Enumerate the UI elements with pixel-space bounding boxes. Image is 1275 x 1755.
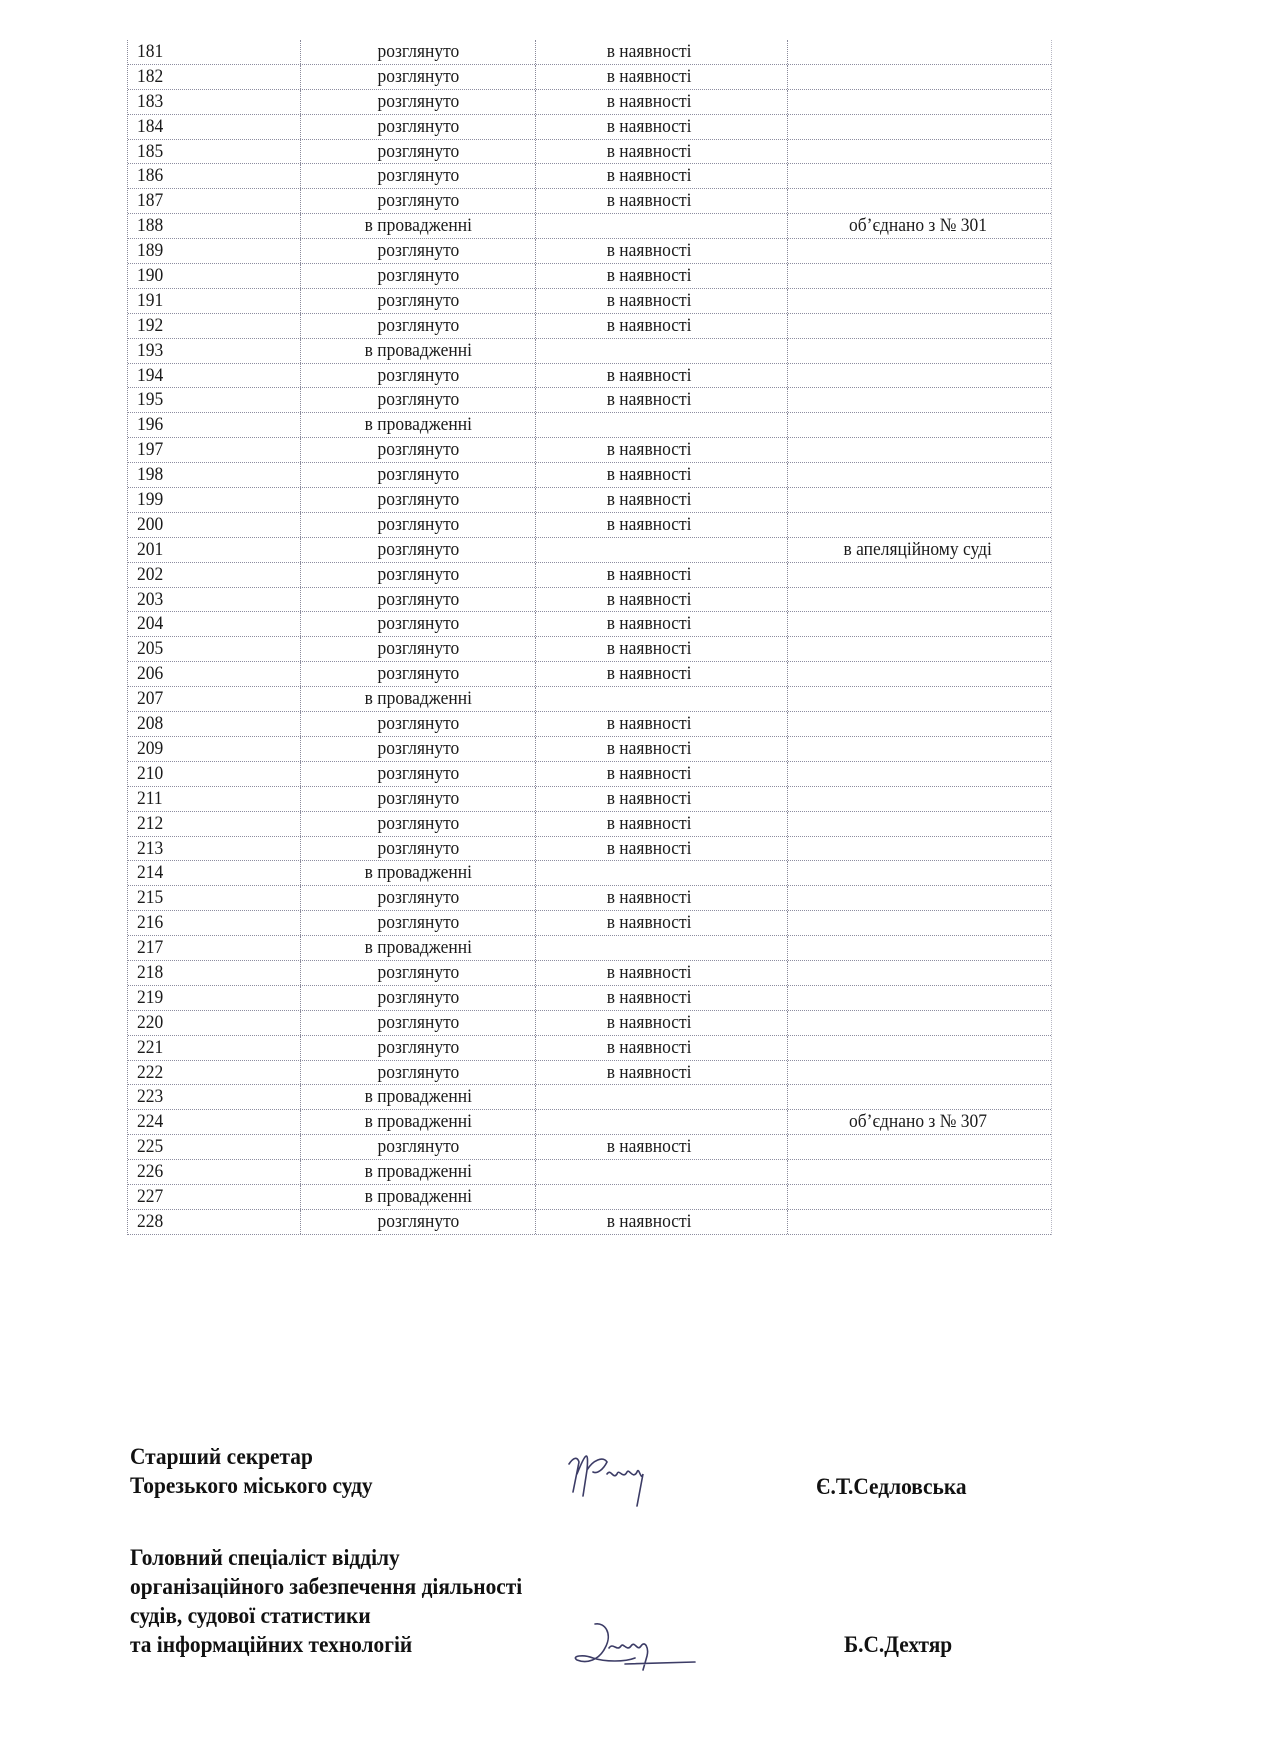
case-availability: в наявності bbox=[607, 812, 692, 836]
table-row: 191 розглянуто в наявності bbox=[128, 289, 1051, 314]
table-row: 185 розглянуто в наявності bbox=[128, 140, 1051, 165]
case-status: розглянуто bbox=[377, 637, 459, 661]
case-status-cell: розглянуто bbox=[301, 364, 536, 388]
case-number-cell: 217 bbox=[128, 936, 301, 960]
case-status-cell: розглянуто bbox=[301, 164, 536, 188]
case-number-cell: 222 bbox=[128, 1061, 301, 1085]
case-note-cell bbox=[788, 264, 1051, 288]
case-availability-cell: в наявності bbox=[536, 90, 788, 114]
case-number-cell: 186 bbox=[128, 164, 301, 188]
case-number: 194 bbox=[137, 364, 163, 388]
case-number: 220 bbox=[137, 1011, 163, 1035]
case-status-cell: в провадженні bbox=[301, 936, 536, 960]
case-number-cell: 189 bbox=[128, 239, 301, 263]
case-note-cell bbox=[788, 339, 1051, 363]
case-number: 200 bbox=[137, 513, 163, 537]
case-note-cell bbox=[788, 164, 1051, 188]
case-availability-cell bbox=[536, 538, 788, 562]
case-status-cell: розглянуто bbox=[301, 612, 536, 636]
case-availability-cell bbox=[536, 1110, 788, 1134]
case-number-cell: 188 bbox=[128, 214, 301, 238]
handwritten-signature-1 bbox=[563, 1440, 683, 1512]
table-row: 206 розглянуто в наявності bbox=[128, 662, 1051, 687]
case-availability-cell: в наявності bbox=[536, 488, 788, 512]
case-status: розглянуто bbox=[377, 961, 459, 985]
case-note-cell bbox=[788, 588, 1051, 612]
case-status: розглянуто bbox=[377, 538, 459, 562]
case-availability-cell: в наявності bbox=[536, 961, 788, 985]
case-note-cell bbox=[788, 737, 1051, 761]
case-number-cell: 190 bbox=[128, 264, 301, 288]
case-number: 189 bbox=[137, 239, 163, 263]
table-row: 217 в провадженні bbox=[128, 936, 1051, 961]
case-number-cell: 193 bbox=[128, 339, 301, 363]
case-status: розглянуто bbox=[377, 40, 459, 64]
case-status: розглянуто bbox=[377, 164, 459, 188]
case-number: 186 bbox=[137, 164, 163, 188]
case-availability: в наявності bbox=[607, 961, 692, 985]
case-availability-cell: в наявності bbox=[536, 588, 788, 612]
table-row: 213 розглянуто в наявності bbox=[128, 837, 1051, 862]
case-availability: в наявності bbox=[607, 837, 692, 861]
case-number-cell: 214 bbox=[128, 861, 301, 885]
case-number-cell: 224 bbox=[128, 1110, 301, 1134]
case-availability-cell: в наявності bbox=[536, 140, 788, 164]
case-number-cell: 185 bbox=[128, 140, 301, 164]
case-status-cell: розглянуто bbox=[301, 662, 536, 686]
case-status-cell: розглянуто bbox=[301, 264, 536, 288]
case-number: 184 bbox=[137, 115, 163, 139]
case-status-cell: розглянуто bbox=[301, 762, 536, 786]
case-status: розглянуто bbox=[377, 115, 459, 139]
case-number: 199 bbox=[137, 488, 163, 512]
case-availability-cell: в наявності bbox=[536, 239, 788, 263]
case-availability: в наявності bbox=[607, 1036, 692, 1060]
table-row: 214 в провадженні bbox=[128, 861, 1051, 886]
case-number: 204 bbox=[137, 612, 163, 636]
case-note-cell bbox=[788, 1036, 1051, 1060]
case-number: 202 bbox=[137, 563, 163, 587]
signatory-2-title: Головний спеціаліст відділу організаційн… bbox=[130, 1543, 552, 1659]
case-status-cell: в провадженні bbox=[301, 687, 536, 711]
case-number-cell: 206 bbox=[128, 662, 301, 686]
case-availability-cell: в наявності bbox=[536, 189, 788, 213]
case-number: 192 bbox=[137, 314, 163, 338]
case-status: розглянуто bbox=[377, 588, 459, 612]
case-status-cell: в провадженні bbox=[301, 1085, 536, 1109]
case-number: 195 bbox=[137, 388, 163, 412]
case-number: 210 bbox=[137, 762, 163, 786]
case-availability: в наявності bbox=[607, 513, 692, 537]
case-status: розглянуто bbox=[377, 488, 459, 512]
case-number-cell: 195 bbox=[128, 388, 301, 412]
case-status-cell: розглянуто bbox=[301, 1135, 536, 1159]
case-number: 181 bbox=[137, 40, 163, 64]
case-status-cell: розглянуто bbox=[301, 911, 536, 935]
table-row: 207 в провадженні bbox=[128, 687, 1051, 712]
case-number-cell: 220 bbox=[128, 1011, 301, 1035]
case-status-cell: в провадженні bbox=[301, 1160, 536, 1184]
signatory-2-title-line: та інформаційних технологій bbox=[130, 1630, 522, 1659]
table-row: 195 розглянуто в наявності bbox=[128, 388, 1051, 413]
case-status-cell: розглянуто bbox=[301, 588, 536, 612]
case-number: 190 bbox=[137, 264, 163, 288]
case-note-cell bbox=[788, 488, 1051, 512]
case-status-table: 181 розглянуто в наявності 182 розглянут… bbox=[127, 40, 1052, 1235]
case-number-cell: 210 bbox=[128, 762, 301, 786]
case-status: розглянуто bbox=[377, 712, 459, 736]
case-availability: в наявності bbox=[607, 911, 692, 935]
case-number-cell: 207 bbox=[128, 687, 301, 711]
table-row: 196 в провадженні bbox=[128, 413, 1051, 438]
table-row: 222 розглянуто в наявності bbox=[128, 1061, 1051, 1086]
case-availability: в наявності bbox=[607, 612, 692, 636]
case-status: розглянуто bbox=[377, 886, 459, 910]
case-availability-cell: в наявності bbox=[536, 986, 788, 1010]
case-availability: в наявності bbox=[607, 588, 692, 612]
table-row: 228 розглянуто в наявності bbox=[128, 1210, 1051, 1235]
case-status: розглянуто bbox=[377, 140, 459, 164]
case-note-cell bbox=[788, 563, 1051, 587]
case-status-cell: розглянуто bbox=[301, 314, 536, 338]
table-row: 184 розглянуто в наявності bbox=[128, 115, 1051, 140]
case-note-cell bbox=[788, 662, 1051, 686]
case-note: об’єднано з № 307 bbox=[849, 1110, 987, 1134]
case-number: 225 bbox=[137, 1135, 163, 1159]
signatory-2-title-line: Головний спеціаліст відділу bbox=[130, 1543, 522, 1572]
case-availability-cell: в наявності bbox=[536, 787, 788, 811]
table-row: 225 розглянуто в наявності bbox=[128, 1135, 1051, 1160]
case-availability: в наявності bbox=[607, 986, 692, 1010]
case-number-cell: 196 bbox=[128, 413, 301, 437]
case-availability: в наявності bbox=[607, 264, 692, 288]
case-availability-cell: в наявності bbox=[536, 65, 788, 89]
case-availability: в наявності bbox=[607, 40, 692, 64]
case-availability-cell: в наявності bbox=[536, 563, 788, 587]
case-availability: в наявності bbox=[607, 563, 692, 587]
case-note-cell bbox=[788, 961, 1051, 985]
case-status: розглянуто bbox=[377, 239, 459, 263]
case-number-cell: 194 bbox=[128, 364, 301, 388]
case-status-cell: в провадженні bbox=[301, 1185, 536, 1209]
case-availability-cell: в наявності bbox=[536, 1210, 788, 1234]
case-availability: в наявності bbox=[607, 1011, 692, 1035]
case-status: розглянуто bbox=[377, 837, 459, 861]
case-availability: в наявності bbox=[607, 364, 692, 388]
case-number: 206 bbox=[137, 662, 163, 686]
case-number-cell: 183 bbox=[128, 90, 301, 114]
case-status-cell: розглянуто bbox=[301, 289, 536, 313]
case-status: розглянуто bbox=[377, 364, 459, 388]
case-number-cell: 223 bbox=[128, 1085, 301, 1109]
case-status-cell: розглянуто bbox=[301, 812, 536, 836]
case-status-cell: розглянуто bbox=[301, 388, 536, 412]
case-availability-cell: в наявності bbox=[536, 762, 788, 786]
case-status: в провадженні bbox=[364, 214, 471, 238]
case-availability-cell: в наявності bbox=[536, 314, 788, 338]
case-number-cell: 201 bbox=[128, 538, 301, 562]
case-availability-cell: в наявності bbox=[536, 264, 788, 288]
case-note-cell bbox=[788, 1160, 1051, 1184]
case-number-cell: 216 bbox=[128, 911, 301, 935]
table-row: 210 розглянуто в наявності bbox=[128, 762, 1051, 787]
case-availability-cell: в наявності bbox=[536, 712, 788, 736]
table-row: 216 розглянуто в наявності bbox=[128, 911, 1051, 936]
case-status: в провадженні bbox=[364, 413, 471, 437]
case-status: розглянуто bbox=[377, 737, 459, 761]
case-number: 216 bbox=[137, 911, 163, 935]
case-availability: в наявності bbox=[607, 1135, 692, 1159]
case-status-cell: розглянуто bbox=[301, 886, 536, 910]
table-row: 211 розглянуто в наявності bbox=[128, 787, 1051, 812]
case-number-cell: 221 bbox=[128, 1036, 301, 1060]
table-row: 227 в провадженні bbox=[128, 1185, 1051, 1210]
signatory-1-name: Є.Т.Седловська bbox=[816, 1472, 978, 1501]
case-availability-cell: в наявності bbox=[536, 886, 788, 910]
case-number: 185 bbox=[137, 140, 163, 164]
case-number: 191 bbox=[137, 289, 163, 313]
case-availability-cell: в наявності bbox=[536, 115, 788, 139]
case-availability-cell: в наявності bbox=[536, 612, 788, 636]
case-note: об’єднано з № 301 bbox=[849, 214, 987, 238]
case-number: 212 bbox=[137, 812, 163, 836]
case-status-cell: розглянуто bbox=[301, 1011, 536, 1035]
case-status: розглянуто bbox=[377, 438, 459, 462]
case-number-cell: 226 bbox=[128, 1160, 301, 1184]
case-availability: в наявності bbox=[607, 115, 692, 139]
case-note-cell bbox=[788, 115, 1051, 139]
case-note-cell bbox=[788, 687, 1051, 711]
case-note-cell bbox=[788, 314, 1051, 338]
case-availability: в наявності bbox=[607, 1210, 692, 1234]
case-availability: в наявності bbox=[607, 712, 692, 736]
case-number: 223 bbox=[137, 1085, 163, 1109]
table-row: 202 розглянуто в наявності bbox=[128, 563, 1051, 588]
case-availability: в наявності bbox=[607, 189, 692, 213]
case-note-cell bbox=[788, 1011, 1051, 1035]
table-row: 208 розглянуто в наявності bbox=[128, 712, 1051, 737]
case-availability: в наявності bbox=[607, 662, 692, 686]
case-availability-cell bbox=[536, 214, 788, 238]
case-status: розглянуто bbox=[377, 911, 459, 935]
table-row: 205 розглянуто в наявності bbox=[128, 637, 1051, 662]
case-number: 228 bbox=[137, 1210, 163, 1234]
case-number-cell: 187 bbox=[128, 189, 301, 213]
case-number: 198 bbox=[137, 463, 163, 487]
case-status-cell: розглянуто bbox=[301, 737, 536, 761]
case-note-cell bbox=[788, 239, 1051, 263]
case-status: розглянуто bbox=[377, 662, 459, 686]
case-note-cell bbox=[788, 812, 1051, 836]
case-note-cell bbox=[788, 140, 1051, 164]
case-availability: в наявності bbox=[607, 289, 692, 313]
case-note-cell bbox=[788, 1135, 1051, 1159]
case-number: 213 bbox=[137, 837, 163, 861]
table-row: 190 розглянуто в наявності bbox=[128, 264, 1051, 289]
case-availability: в наявності bbox=[607, 388, 692, 412]
case-number-cell: 203 bbox=[128, 588, 301, 612]
case-status: розглянуто bbox=[377, 1061, 459, 1085]
case-status: розглянуто bbox=[377, 1011, 459, 1035]
case-note-cell bbox=[788, 612, 1051, 636]
table-row: 199 розглянуто в наявності bbox=[128, 488, 1051, 513]
case-note-cell bbox=[788, 90, 1051, 114]
case-note-cell bbox=[788, 438, 1051, 462]
case-availability-cell: в наявності bbox=[536, 662, 788, 686]
case-status: розглянуто bbox=[377, 463, 459, 487]
case-availability-cell: в наявності bbox=[536, 1135, 788, 1159]
case-number-cell: 225 bbox=[128, 1135, 301, 1159]
table-row: 226 в провадженні bbox=[128, 1160, 1051, 1185]
case-status: розглянуто bbox=[377, 388, 459, 412]
case-status: розглянуто bbox=[377, 812, 459, 836]
handwritten-signature-2 bbox=[565, 1618, 705, 1678]
case-status-cell: розглянуто bbox=[301, 115, 536, 139]
case-number-cell: 204 bbox=[128, 612, 301, 636]
table-row: 189 розглянуто в наявності bbox=[128, 239, 1051, 264]
case-status-cell: розглянуто bbox=[301, 513, 536, 537]
case-note-cell bbox=[788, 463, 1051, 487]
case-number: 224 bbox=[137, 1110, 163, 1134]
case-status-cell: розглянуто bbox=[301, 140, 536, 164]
case-status-cell: розглянуто bbox=[301, 1061, 536, 1085]
case-availability: в наявності bbox=[607, 90, 692, 114]
case-number: 188 bbox=[137, 214, 163, 238]
case-status: розглянуто bbox=[377, 787, 459, 811]
case-note-cell bbox=[788, 65, 1051, 89]
case-status: в провадженні bbox=[364, 1110, 471, 1134]
case-number-cell: 215 bbox=[128, 886, 301, 910]
case-status: в провадженні bbox=[364, 339, 471, 363]
signatory-1-title-line: Старший секретар bbox=[130, 1442, 373, 1471]
case-availability-cell: в наявності bbox=[536, 1061, 788, 1085]
case-number: 218 bbox=[137, 961, 163, 985]
case-number: 215 bbox=[137, 886, 163, 910]
table-row: 223 в провадженні bbox=[128, 1085, 1051, 1110]
case-status: в провадженні bbox=[364, 861, 471, 885]
case-status-cell: розглянуто bbox=[301, 1036, 536, 1060]
case-number-cell: 198 bbox=[128, 463, 301, 487]
case-availability-cell: в наявності bbox=[536, 837, 788, 861]
case-note-cell bbox=[788, 1085, 1051, 1109]
case-availability-cell: в наявності bbox=[536, 40, 788, 64]
case-status: розглянуто bbox=[377, 1036, 459, 1060]
case-status-cell: розглянуто bbox=[301, 189, 536, 213]
case-number: 205 bbox=[137, 637, 163, 661]
case-availability-cell: в наявності bbox=[536, 388, 788, 412]
table-row: 197 розглянуто в наявності bbox=[128, 438, 1051, 463]
case-number: 201 bbox=[137, 538, 163, 562]
case-availability: в наявності bbox=[607, 787, 692, 811]
case-note-cell bbox=[788, 762, 1051, 786]
case-availability-cell: в наявності bbox=[536, 911, 788, 935]
case-note-cell bbox=[788, 886, 1051, 910]
case-number-cell: 208 bbox=[128, 712, 301, 736]
case-availability: в наявності bbox=[607, 488, 692, 512]
case-status-cell: розглянуто bbox=[301, 837, 536, 861]
case-number-cell: 209 bbox=[128, 737, 301, 761]
case-number: 217 bbox=[137, 936, 163, 960]
case-status-cell: розглянуто bbox=[301, 40, 536, 64]
case-note-cell bbox=[788, 513, 1051, 537]
case-availability-cell: в наявності bbox=[536, 637, 788, 661]
case-availability: в наявності bbox=[607, 737, 692, 761]
table-row: 212 розглянуто в наявності bbox=[128, 812, 1051, 837]
case-number: 197 bbox=[137, 438, 163, 462]
case-status-cell: розглянуто bbox=[301, 563, 536, 587]
case-status: в провадженні bbox=[364, 1185, 471, 1209]
case-number: 208 bbox=[137, 712, 163, 736]
case-status: розглянуто bbox=[377, 264, 459, 288]
case-availability-cell: в наявності bbox=[536, 812, 788, 836]
case-availability-cell bbox=[536, 339, 788, 363]
table-row: 221 розглянуто в наявності bbox=[128, 1036, 1051, 1061]
case-note-cell bbox=[788, 388, 1051, 412]
table-row: 187 розглянуто в наявності bbox=[128, 189, 1051, 214]
table-row: 204 розглянуто в наявності bbox=[128, 612, 1051, 637]
case-note-cell bbox=[788, 861, 1051, 885]
case-status: в провадженні bbox=[364, 1160, 471, 1184]
case-availability-cell: в наявності bbox=[536, 1011, 788, 1035]
case-status-cell: розглянуто bbox=[301, 712, 536, 736]
case-note-cell bbox=[788, 189, 1051, 213]
case-note-cell bbox=[788, 413, 1051, 437]
case-note-cell bbox=[788, 986, 1051, 1010]
table-row: 181 розглянуто в наявності bbox=[128, 40, 1051, 65]
case-status: розглянуто bbox=[377, 986, 459, 1010]
case-number: 203 bbox=[137, 588, 163, 612]
case-availability: в наявності bbox=[607, 314, 692, 338]
case-number: 193 bbox=[137, 339, 163, 363]
case-availability: в наявності bbox=[607, 239, 692, 263]
case-availability: в наявності bbox=[607, 438, 692, 462]
case-status: розглянуто bbox=[377, 189, 459, 213]
case-status-cell: розглянуто bbox=[301, 463, 536, 487]
table-row: 186 розглянуто в наявності bbox=[128, 164, 1051, 189]
case-number-cell: 199 bbox=[128, 488, 301, 512]
case-availability-cell bbox=[536, 936, 788, 960]
case-number: 222 bbox=[137, 1061, 163, 1085]
case-number: 227 bbox=[137, 1185, 163, 1209]
case-number: 219 bbox=[137, 986, 163, 1010]
case-status-cell: розглянуто bbox=[301, 65, 536, 89]
case-note-cell bbox=[788, 1061, 1051, 1085]
case-availability-cell bbox=[536, 1085, 788, 1109]
case-note-cell: об’єднано з № 307 bbox=[788, 1110, 1051, 1134]
case-availability-cell: в наявності bbox=[536, 438, 788, 462]
case-availability-cell: в наявності bbox=[536, 364, 788, 388]
case-note-cell bbox=[788, 40, 1051, 64]
case-note-cell bbox=[788, 364, 1051, 388]
case-availability: в наявності bbox=[607, 463, 692, 487]
case-status-cell: розглянуто bbox=[301, 637, 536, 661]
signatory-2-title-line: судів, судової статистики bbox=[130, 1601, 522, 1630]
case-number-cell: 200 bbox=[128, 513, 301, 537]
case-note-cell bbox=[788, 1210, 1051, 1234]
table-row: 209 розглянуто в наявності bbox=[128, 737, 1051, 762]
table-row: 182 розглянуто в наявності bbox=[128, 65, 1051, 90]
case-status-cell: розглянуто bbox=[301, 239, 536, 263]
case-status: в провадженні bbox=[364, 687, 471, 711]
case-number-cell: 218 bbox=[128, 961, 301, 985]
table-row: 192 розглянуто в наявності bbox=[128, 314, 1051, 339]
case-number-cell: 191 bbox=[128, 289, 301, 313]
case-status-cell: розглянуто bbox=[301, 488, 536, 512]
case-note-cell bbox=[788, 787, 1051, 811]
case-note: в апеляційному суді bbox=[843, 538, 991, 562]
case-availability: в наявності bbox=[607, 886, 692, 910]
case-number-cell: 228 bbox=[128, 1210, 301, 1234]
